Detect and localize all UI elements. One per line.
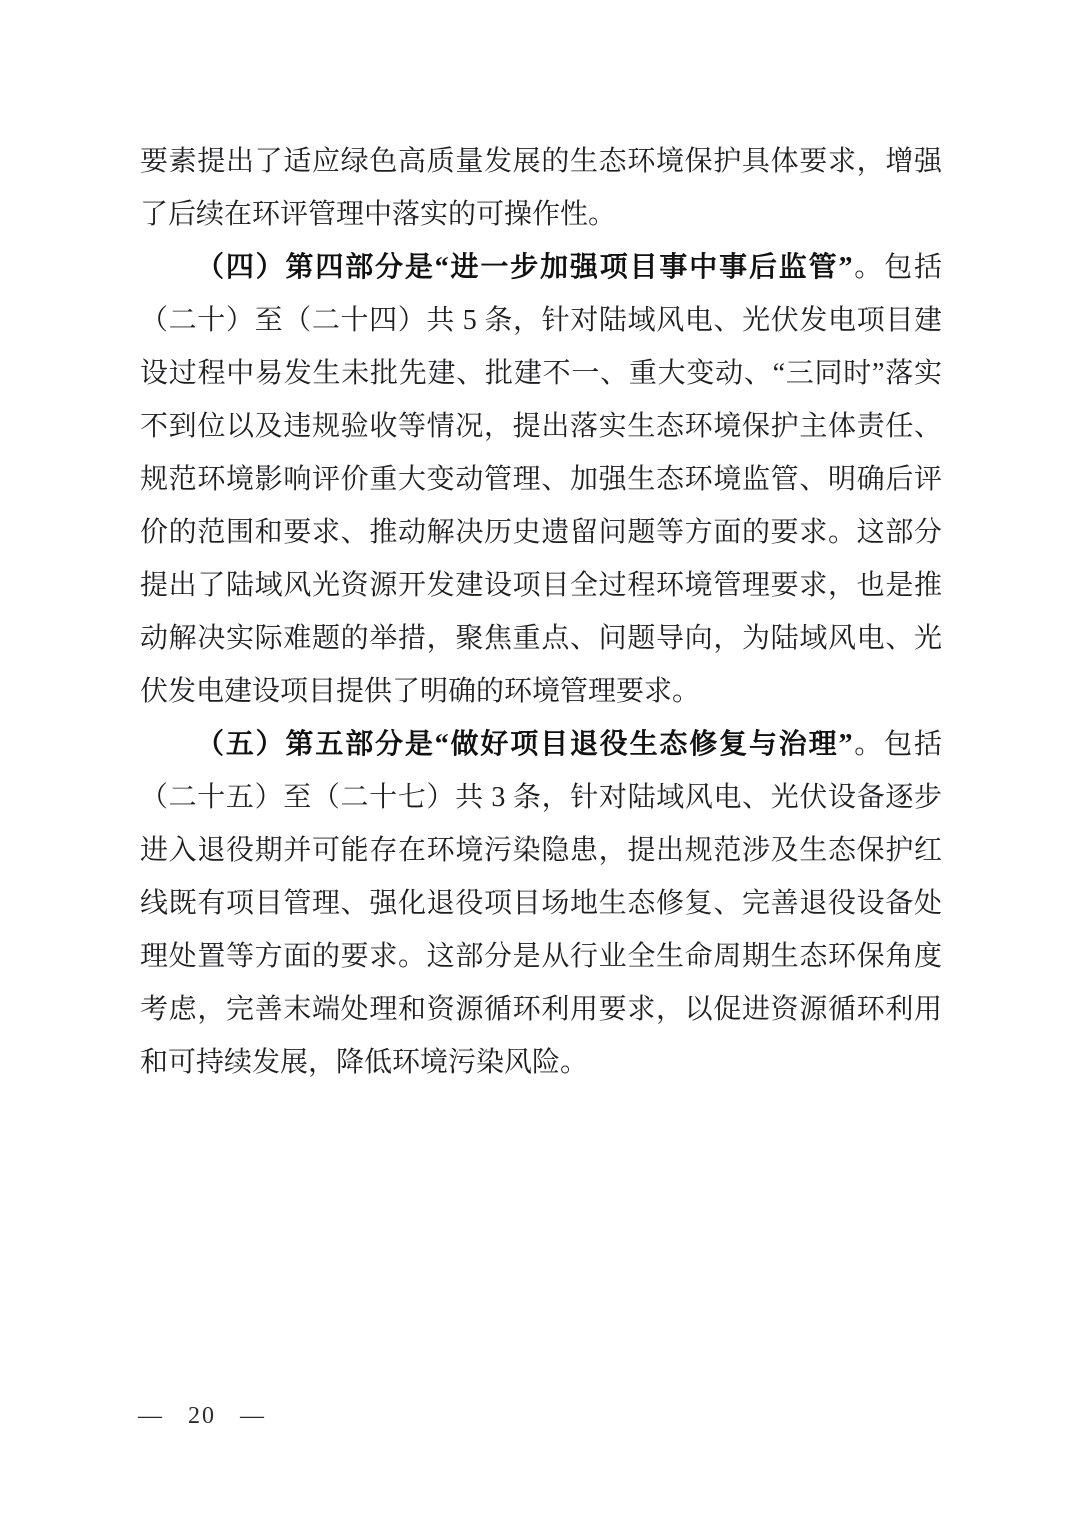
- section-5-heading: （五）第五部分是“做好项目退役生态修复与治理”: [196, 729, 852, 760]
- page-footer: — 20 —: [138, 1403, 266, 1430]
- section-4-heading: （四）第四部分是“进一步加强项目事中事后监管”: [196, 252, 852, 283]
- document-body: 要素提出了适应绿色高质量发展的生态环境保护具体要求，增强了后续在环评管理中落实的…: [140, 135, 942, 1089]
- section-4-body-text: 。包括（二十）至（二十四）共 5 条，针对陆域风电、光伏发电项目建设过程中易发生…: [140, 252, 942, 707]
- page-number: — 20 —: [138, 1403, 266, 1429]
- paragraph-text: 要素提出了适应绿色高质量发展的生态环境保护具体要求，增强了后续在环评管理中落实的…: [140, 146, 942, 230]
- paragraph-section-4: （四）第四部分是“进一步加强项目事中事后监管”。包括（二十）至（二十四）共 5 …: [140, 241, 942, 718]
- paragraph-continuation: 要素提出了适应绿色高质量发展的生态环境保护具体要求，增强了后续在环评管理中落实的…: [140, 135, 942, 241]
- section-5-body-text: 。包括（二十五）至（二十七）共 3 条，针对陆域风电、光伏设备逐步进入退役期并可…: [140, 729, 942, 1078]
- paragraph-section-5: （五）第五部分是“做好项目退役生态修复与治理”。包括（二十五）至（二十七）共 3…: [140, 718, 942, 1089]
- document-page: 要素提出了适应绿色高质量发展的生态环境保护具体要求，增强了后续在环评管理中落实的…: [0, 0, 1080, 1528]
